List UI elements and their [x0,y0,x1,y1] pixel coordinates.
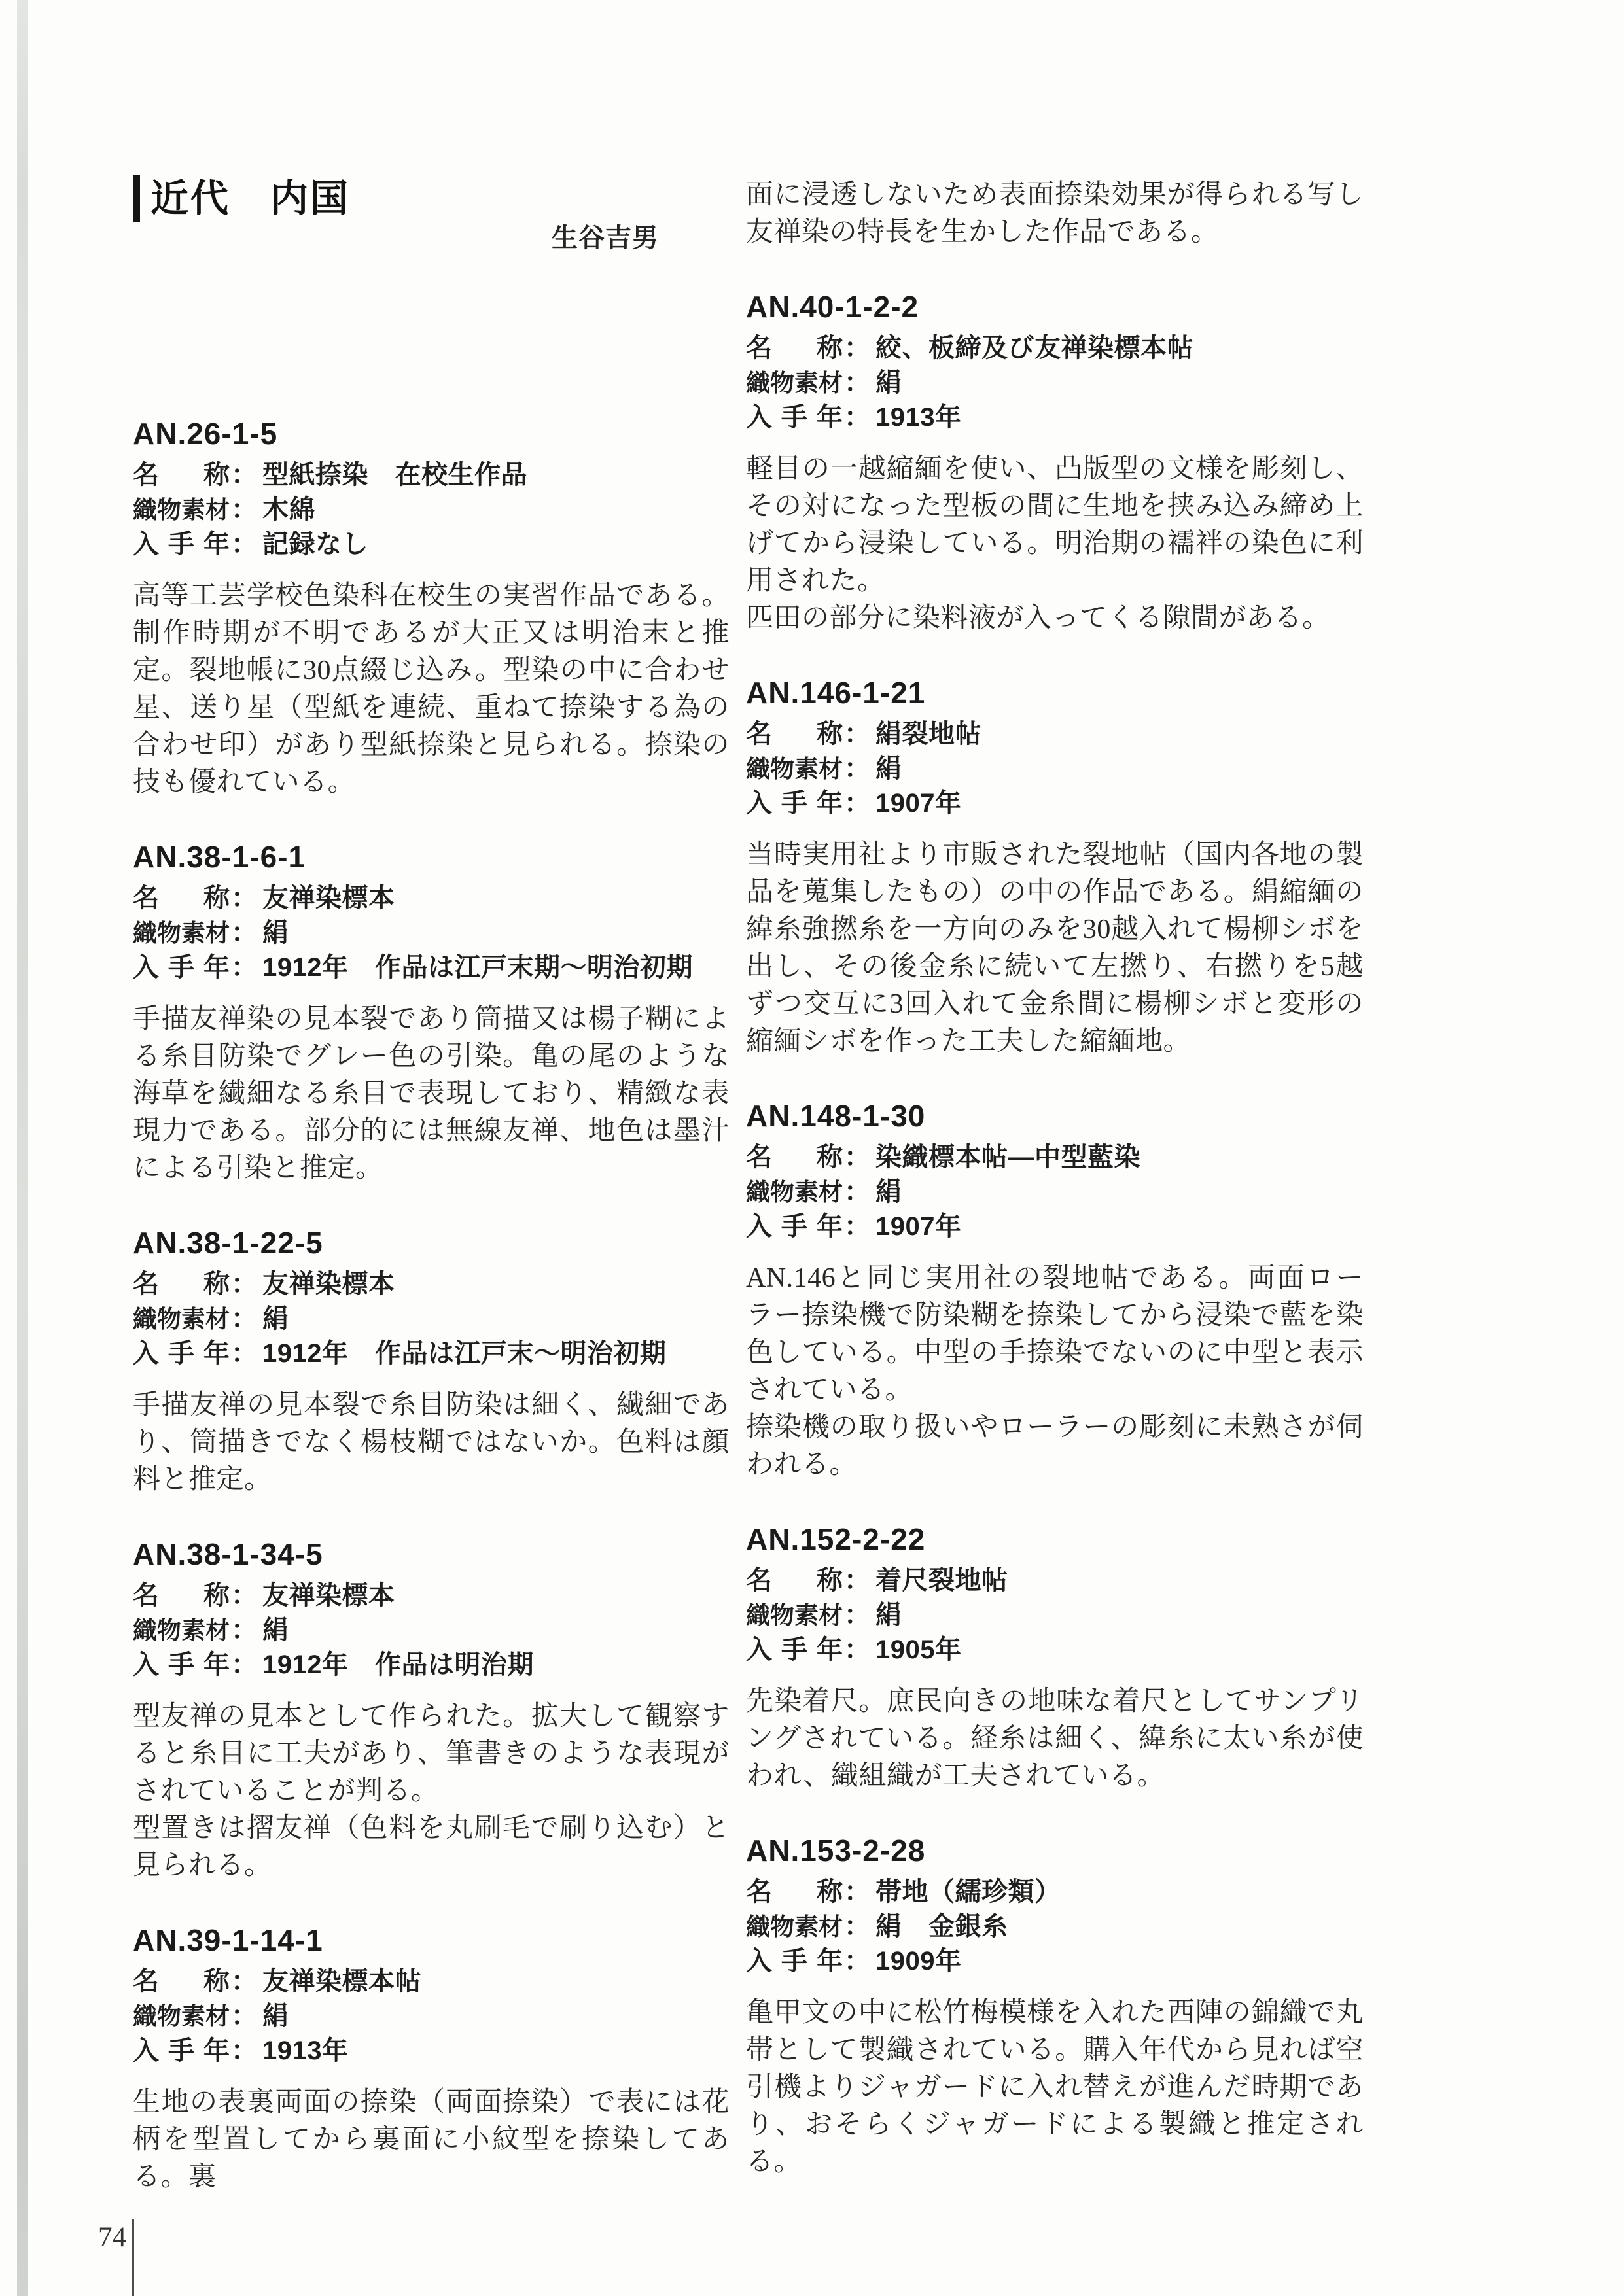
right-column-entries: AN.40-1-2-2 名称：絞、板締及び友禅染標本帖 織物素材：絹 入手年：1… [746,290,1364,2181]
entry-name-row: 名称：友禅染標本 [133,881,730,916]
entry-id: AN.148-1-30 [746,1100,1364,1132]
label-colon: ： [231,1302,257,1336]
entry-fields: 名称：友禅染標本 織物素材：絹 入手年：1912年 作品は江戸末期〜明治初期 [133,881,730,985]
label-colon: ： [844,752,870,786]
label-colon: ： [231,1999,257,2034]
label-colon: ： [844,1633,870,1667]
footer-rule [132,2219,134,2296]
catalog-entry: AN.153-2-28 名称：帯地（繻珍類） 織物素材：絹 金銀糸 入手年：19… [746,1834,1364,2181]
catalog-entry: AN.40-1-2-2 名称：絞、板締及び友禅染標本帖 織物素材：絹 入手年：1… [746,290,1364,637]
entry-name-value: 型紙捺染 在校生作品 [262,458,527,493]
entry-year-row: 入手年：1907年 [746,1209,1364,1244]
catalog-entry: AN.148-1-30 名称：染織標本帖―中型藍染 織物素材：絹 入手年：190… [746,1100,1364,1484]
entry-year-row: 入手年：1909年 [746,1944,1364,1979]
entry-paragraph: 捺染機の取り扱いやローラーの彫刻に未熟さが伺われる。 [746,1409,1364,1484]
entry-description: AN.146と同じ実用社の裂地帖である。両面ローラー捺染機で防染糊を捺染してから… [746,1260,1364,1484]
year-label: 入手年 [746,1209,843,1244]
entry-material-value: 絹 [875,1175,902,1209]
entry-name-value: 絞、板締及び友禅染標本帖 [875,331,1193,366]
name-label: 名称 [133,1267,230,1302]
label-colon: ： [844,1944,870,1979]
year-label: 入手年 [746,1633,843,1667]
label-colon: ： [844,1140,870,1175]
entry-year-value: 1913年 [262,2034,348,2068]
entry-name-row: 名称：友禅染標本帖 [133,1964,730,1999]
entry-fields: 名称：絹裂地帖 織物素材：絹 入手年：1907年 [746,717,1364,821]
entry-fields: 名称：友禅染標本 織物素材：絹 入手年：1912年 作品は江戸末〜明治初期 [133,1267,730,1371]
material-label: 織物素材 [746,366,843,400]
entry-material-row: 織物素材：絹 [746,1598,1364,1633]
catalog-entry: AN.39-1-14-1 名称：友禅染標本帖 織物素材：絹 入手年：1913年 … [133,1924,730,2196]
entry-year-row: 入手年：1912年 作品は江戸末〜明治初期 [133,1336,730,1371]
label-colon: ： [844,717,870,752]
title-accent-bar [133,175,140,222]
year-label: 入手年 [133,1648,230,1682]
entry-description: 生地の表裏両面の捺染（両面捺染）で表には花柄を型置してから裏面に小紋型を捺染して… [133,2084,730,2196]
entry-name-value: 友禅染標本 [262,1578,395,1613]
entry-paragraph: 型置きは摺友禅（色料を丸刷毛で刷り込む）と見られる。 [133,1810,730,1885]
entry-name-row: 名称：染織標本帖―中型藍染 [746,1140,1364,1175]
label-colon: ： [231,527,257,562]
label-colon: ： [844,1209,870,1244]
entry-paragraph: 生地の表裏両面の捺染（両面捺染）で表には花柄を型置してから裏面に小紋型を捺染して… [133,2084,730,2196]
catalog-entry: AN.38-1-22-5 名称：友禅染標本 織物素材：絹 入手年：1912年 作… [133,1226,730,1499]
entry-description: 軽目の一越縮緬を使い、凸版型の文様を彫刻し、その対になった型板の間に生地を挟み込… [746,451,1364,637]
entry-material-row: 織物素材：絹 [746,1175,1364,1209]
entry-paragraph: 匹田の部分に染料液が入ってくる隙間がある。 [746,600,1364,637]
entry-id: AN.39-1-14-1 [133,1924,730,1957]
scanned-catalog-page: { "page": { "title": "近代 内国", "author": … [0,0,1624,2296]
entry-year-row: 入手年：1907年 [746,786,1364,821]
name-label: 名称 [133,1578,230,1613]
entry-material-value: 絹 金銀糸 [875,1909,1008,1944]
entry-fields: 名称：着尺裂地帖 織物素材：絹 入手年：1905年 [746,1563,1364,1667]
year-label: 入手年 [746,786,843,821]
entry-paragraph: 当時実用社より市販された裂地帖（国内各地の製品を蒐集したもの）の中の作品である。… [746,837,1364,1060]
entry-material-row: 織物素材：絹 [746,752,1364,786]
entry-material-value: 絹 [875,1598,902,1633]
entry-name-value: 絹裂地帖 [875,717,981,752]
label-colon: ： [231,1267,257,1302]
label-colon: ： [844,1175,870,1209]
entry-name-value: 染織標本帖―中型藍染 [875,1140,1140,1175]
entry-year-value: 1907年 [875,786,961,821]
entry-material-value: 絹 [262,916,289,950]
label-colon: ： [844,1909,870,1944]
entry-year-row: 入手年：1912年 作品は明治期 [133,1648,730,1682]
name-label: 名称 [746,1875,843,1909]
entry-fields: 名称：帯地（繻珍類） 織物素材：絹 金銀糸 入手年：1909年 [746,1875,1364,1979]
label-colon: ： [844,786,870,821]
year-label: 入手年 [133,950,230,985]
entry-material-value: 木綿 [262,493,315,527]
year-label: 入手年 [133,527,230,562]
label-colon: ： [231,2034,257,2068]
catalog-entry: AN.38-1-34-5 名称：友禅染標本 織物素材：絹 入手年：1912年 作… [133,1538,730,1885]
author-name: 生谷吉男 [552,217,659,254]
entry-year-value: 1912年 作品は江戸末〜明治初期 [262,1336,666,1371]
entry-year-value: 1909年 [875,1944,961,1979]
label-colon: ： [844,366,870,400]
entry-paragraph: 手描友禅染の見本裂であり筒描又は楊子糊による糸目防染でグレー色の引染。亀の尾のよ… [133,1001,730,1187]
label-colon: ： [231,458,257,493]
entry-material-value: 絹 [262,1613,289,1648]
right-column: 面に浸透しないため表面捺染効果が得られる写し友禅染の特長を生かした作品である。 … [746,177,1364,2181]
entry-paragraph: 先染着尺。庶民向きの地味な着尺としてサンプリングされている。経糸は細く、緯糸に太… [746,1683,1364,1795]
entry-id: AN.38-1-22-5 [133,1226,730,1259]
material-label: 織物素材 [746,752,843,786]
entry-year-row: 入手年：記録なし [133,527,730,562]
entry-name-value: 友禅染標本帖 [262,1964,421,1999]
entry-material-row: 織物素材：絹 [133,1613,730,1648]
entry-description: 手描友禅染の見本裂であり筒描又は楊子糊による糸目防染でグレー色の引染。亀の尾のよ… [133,1001,730,1187]
entry-paragraph: 型友禅の見本として作られた。拡大して観察すると糸目に工夫があり、筆書きのような表… [133,1698,730,1810]
label-colon: ： [231,916,257,950]
entry-year-row: 入手年：1912年 作品は江戸末期〜明治初期 [133,950,730,985]
entry-year-value: 記録なし [262,527,368,562]
year-label: 入手年 [746,1944,843,1979]
entry-year-value: 1905年 [875,1633,961,1667]
entry-id: AN.40-1-2-2 [746,290,1364,323]
entry-description: 先染着尺。庶民向きの地味な着尺としてサンプリングされている。経糸は細く、緯糸に太… [746,1683,1364,1795]
entry-name-row: 名称：友禅染標本 [133,1267,730,1302]
entry-year-value: 1912年 作品は明治期 [262,1648,534,1682]
entry-description: 当時実用社より市販された裂地帖（国内各地の製品を蒐集したもの）の中の作品である。… [746,837,1364,1060]
material-label: 織物素材 [133,493,230,527]
label-colon: ： [231,881,257,916]
entry-description: 型友禅の見本として作られた。拡大して観察すると糸目に工夫があり、筆書きのような表… [133,1698,730,1885]
entry-material-row: 織物素材：絹 金銀糸 [746,1909,1364,1944]
entry-name-row: 名称：着尺裂地帖 [746,1563,1364,1598]
catalog-entry: AN.26-1-5 名称：型紙捺染 在校生作品 織物素材：木綿 入手年：記録なし… [133,417,730,801]
entry-material-value: 絹 [262,1302,289,1336]
material-label: 織物素材 [133,1999,230,2034]
entry-name-value: 帯地（繻珍類） [875,1875,1061,1909]
label-colon: ： [844,331,870,366]
name-label: 名称 [746,331,843,366]
label-colon: ： [231,493,257,527]
entry-name-value: 友禅染標本 [262,1267,395,1302]
year-label: 入手年 [133,2034,230,2068]
entry-material-row: 織物素材：絹 [133,1302,730,1336]
section-title-block: 近代 内国 [133,175,350,222]
page-title: 近代 内国 [150,175,350,222]
year-label: 入手年 [133,1336,230,1371]
entry-name-row: 名称：帯地（繻珍類） [746,1875,1364,1909]
entry-year-row: 入手年：1905年 [746,1633,1364,1667]
material-label: 織物素材 [746,1909,843,1944]
entry-description: 亀甲文の中に松竹梅模様を入れた西陣の錦織で丸帯として製織されている。購入年代から… [746,1994,1364,2181]
label-colon: ： [231,1336,257,1371]
label-colon: ： [844,1875,870,1909]
material-label: 織物素材 [133,1302,230,1336]
entry-fields: 名称：友禅染標本帖 織物素材：絹 入手年：1913年 [133,1964,730,2068]
entry-year-value: 1907年 [875,1209,961,1244]
entry-id: AN.146-1-21 [746,676,1364,709]
entry-id: AN.38-1-34-5 [133,1538,730,1571]
continuation-paragraph: 面に浸透しないため表面捺染効果が得られる写し友禅染の特長を生かした作品である。 [746,177,1364,251]
page-number: 74 [98,2221,126,2253]
entry-fields: 名称：染織標本帖―中型藍染 織物素材：絹 入手年：1907年 [746,1140,1364,1244]
entry-name-row: 名称：友禅染標本 [133,1578,730,1613]
entry-year-value: 1912年 作品は江戸末期〜明治初期 [262,950,693,985]
label-colon: ： [231,950,257,985]
name-label: 名称 [746,1563,843,1598]
entry-id: AN.153-2-28 [746,1834,1364,1867]
entry-year-row: 入手年：1913年 [133,2034,730,2068]
entry-fields: 名称：友禅染標本 織物素材：絹 入手年：1912年 作品は明治期 [133,1578,730,1682]
material-label: 織物素材 [133,916,230,950]
catalog-entry: AN.146-1-21 名称：絹裂地帖 織物素材：絹 入手年：1907年 当時実… [746,676,1364,1060]
catalog-entry: AN.152-2-22 名称：着尺裂地帖 織物素材：絹 入手年：1905年 先染… [746,1523,1364,1795]
label-colon: ： [231,1964,257,1999]
label-colon: ： [844,1563,870,1598]
entry-year-value: 1913年 [875,400,961,435]
entry-name-value: 着尺裂地帖 [875,1563,1008,1598]
name-label: 名称 [133,1964,230,1999]
label-colon: ： [844,1598,870,1633]
entry-name-row: 名称：絹裂地帖 [746,717,1364,752]
entry-name-value: 友禅染標本 [262,881,395,916]
label-colon: ： [844,400,870,435]
entry-paragraph: 手描友禅の見本裂で糸目防染は細く、繊細であり、筒描きでなく楊枝糊ではないか。色料… [133,1387,730,1499]
catalog-entry: AN.38-1-6-1 名称：友禅染標本 織物素材：絹 入手年：1912年 作品… [133,841,730,1187]
name-label: 名称 [133,458,230,493]
label-colon: ： [231,1648,257,1682]
entry-material-row: 織物素材：絹 [133,1999,730,2034]
entry-name-row: 名称：絞、板締及び友禅染標本帖 [746,331,1364,366]
name-label: 名称 [133,881,230,916]
entry-material-value: 絹 [262,1999,289,2034]
entry-fields: 名称：型紙捺染 在校生作品 織物素材：木綿 入手年：記録なし [133,458,730,562]
entry-fields: 名称：絞、板締及び友禅染標本帖 織物素材：絹 入手年：1913年 [746,331,1364,435]
name-label: 名称 [746,717,843,752]
scanner-edge-artifact [17,0,28,2296]
label-colon: ： [231,1613,257,1648]
entry-paragraph: 軽目の一越縮緬を使い、凸版型の文様を彫刻し、その対になった型板の間に生地を挟み込… [746,451,1364,600]
entry-name-row: 名称：型紙捺染 在校生作品 [133,458,730,493]
material-label: 織物素材 [746,1175,843,1209]
entry-paragraph: 亀甲文の中に松竹梅模様を入れた西陣の錦織で丸帯として製織されている。購入年代から… [746,1994,1364,2181]
entry-id: AN.152-2-22 [746,1523,1364,1556]
entry-description: 高等工芸学校色染科在校生の実習作品である。制作時期が不明であるが大正又は明治末と… [133,578,730,801]
entry-id: AN.26-1-5 [133,417,730,450]
entry-description: 手描友禅の見本裂で糸目防染は細く、繊細であり、筒描きでなく楊枝糊ではないか。色料… [133,1387,730,1499]
entry-material-value: 絹 [875,752,902,786]
material-label: 織物素材 [133,1613,230,1648]
entry-material-row: 織物素材：絹 [746,366,1364,400]
entry-year-row: 入手年：1913年 [746,400,1364,435]
entry-id: AN.38-1-6-1 [133,841,730,873]
entry-material-row: 織物素材：木綿 [133,493,730,527]
name-label: 名称 [746,1140,843,1175]
entry-material-row: 織物素材：絹 [133,916,730,950]
material-label: 織物素材 [746,1598,843,1633]
year-label: 入手年 [746,400,843,435]
left-column-entries: AN.26-1-5 名称：型紙捺染 在校生作品 織物素材：木綿 入手年：記録なし… [133,417,730,2196]
label-colon: ： [231,1578,257,1613]
entry-material-value: 絹 [875,366,902,400]
entry-paragraph: 高等工芸学校色染科在校生の実習作品である。制作時期が不明であるが大正又は明治末と… [133,578,730,801]
entry-paragraph: AN.146と同じ実用社の裂地帖である。両面ローラー捺染機で防染糊を捺染してから… [746,1260,1364,1409]
